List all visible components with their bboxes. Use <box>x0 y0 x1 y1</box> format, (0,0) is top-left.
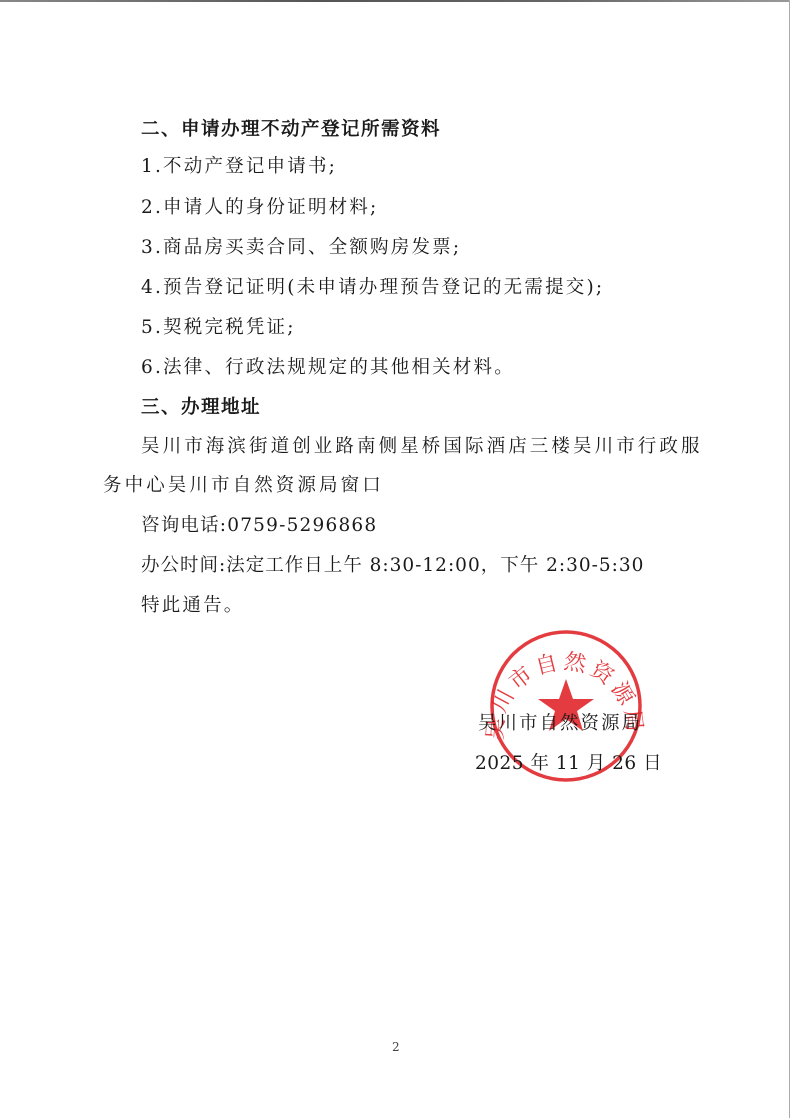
phone-line: 咨询电话:0759-5296868 <box>141 514 377 538</box>
office-hours-line: 办公时间:法定工作日上午 8:30-12:00，下午 2:30-5:30 <box>141 554 644 578</box>
section-heading-address: 三、办理地址 <box>141 396 261 420</box>
issuer-name: 吴川市自然资源局 <box>478 712 642 736</box>
address-line-1: 吴川市海滨街道创业路南侧星桥国际酒店三楼吴川市行政服 <box>141 435 703 459</box>
list-item: 4.预告登记证明(未申请办理预告登记的无需提交); <box>141 276 604 300</box>
list-item: 2.申请人的身份证明材料; <box>141 196 379 220</box>
list-item: 6.法律、行政法规规定的其他相关材料。 <box>141 356 515 380</box>
list-item: 1.不动产登记申请书; <box>141 155 337 179</box>
page-number: 2 <box>392 1040 400 1054</box>
issue-date: 2025 年 11 月 26 日 <box>475 752 662 776</box>
scan-top-edge <box>0 0 790 2</box>
address-line-2: 务中心吴川市自然资源局窗口 <box>103 474 384 498</box>
closing-line: 特此通告。 <box>141 594 245 618</box>
list-item: 5.契税完税凭证; <box>141 316 296 340</box>
list-item: 3.商品房买卖合同、全额购房发票; <box>141 236 461 260</box>
section-heading-materials: 二、申请办理不动产登记所需资料 <box>141 118 441 142</box>
